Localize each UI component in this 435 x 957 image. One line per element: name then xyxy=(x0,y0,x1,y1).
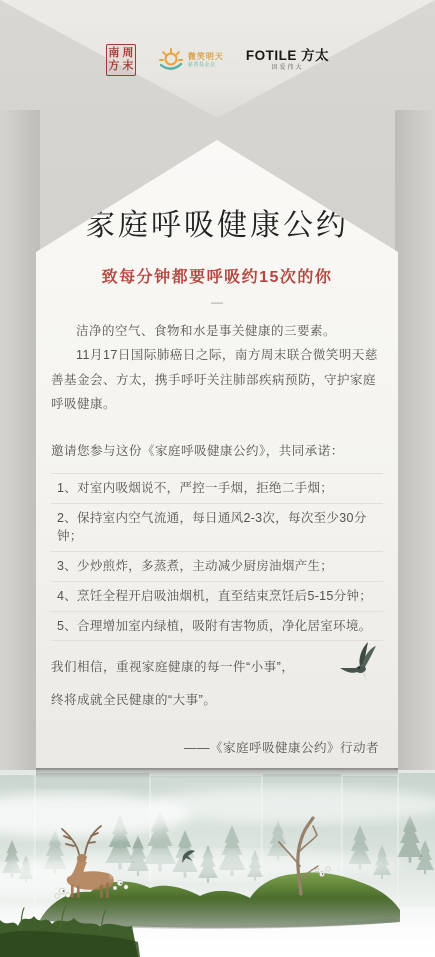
letter-bottom-shadow xyxy=(36,768,398,778)
fotile-tagline: 因爱伟大 xyxy=(271,65,303,71)
pledge-item: 2、保持室内空气流通，每日通风2-3次，每次至少30分钟； xyxy=(51,504,383,553)
seal-char: 末 xyxy=(122,60,133,73)
pledge-item: 3、少炒煎炸，多蒸煮，主动减少厨房油烟产生； xyxy=(51,552,383,582)
intro-section: 洁净的空气、食物和水是事关健康的三要素。 11月17日国际肺癌日之际，南方周末联… xyxy=(51,319,383,417)
hummingbird-icon xyxy=(338,638,380,684)
signature-line: ——《家庭呼吸健康公约》行动者 xyxy=(51,738,383,756)
intro-paragraph-1: 洁净的空气、食物和水是事关健康的三要素。 xyxy=(51,319,383,343)
smile-foundation-name: 微笑明天 xyxy=(188,53,224,61)
poster-root: 周 南 末 方 微笑明天 慈善基金会 FOTILE 方太 因爱伟大 xyxy=(0,0,435,957)
letter-paper: 家庭呼吸健康公约 致每分钟都要呼吸约15次的你 — 洁净的空气、食物和水是事关健… xyxy=(36,140,398,768)
closing-line-1: 我们相信，重视家庭健康的每一件“小事”， xyxy=(51,655,383,679)
divider-dash: — xyxy=(51,295,383,309)
letter-subtitle: 致每分钟都要呼吸约15次的你 xyxy=(51,264,383,287)
forest-scene xyxy=(0,770,435,957)
intro-paragraph-2: 11月17日国际肺癌日之际，南方周末联合微笑明天慈善基金会、方太，携手呼吁关注肺… xyxy=(51,343,383,416)
pledge-item: 4、烹饪全程开启吸油烟机，直至结束烹饪后5-15分钟； xyxy=(51,582,383,612)
closing-line-2: 终将成就全民健康的“大事”。 xyxy=(51,688,383,712)
southern-weekly-seal-icon: 周 南 末 方 xyxy=(106,44,136,76)
envelope-left-fold xyxy=(0,110,40,775)
invite-line: 邀请您参与这份《家庭呼吸健康公约》，共同承诺： xyxy=(51,439,383,463)
fotile-brand: FOTILE 方太 xyxy=(246,49,329,63)
seal-char: 方 xyxy=(108,60,119,73)
smile-foundation-sub: 慈善基金会 xyxy=(188,63,224,68)
sun-icon xyxy=(158,47,184,73)
pledge-list: 1、对室内吸烟说不，严控一手烟，拒绝二手烟； 2、保持室内空气流通，每日通风2-… xyxy=(51,473,383,642)
pledge-item: 1、对室内吸烟说不，严控一手烟，拒绝二手烟； xyxy=(51,474,383,504)
seal-char: 周 xyxy=(122,47,133,60)
fotile-logo: FOTILE 方太 因爱伟大 xyxy=(246,49,329,72)
smile-foundation-logo: 微笑明天 慈善基金会 xyxy=(158,47,224,73)
pledge-item: 5、合理增加室内绿植，吸附有害物质，净化居室环境。 xyxy=(51,612,383,642)
seal-char: 南 xyxy=(108,47,119,60)
logo-row: 周 南 末 方 微笑明天 慈善基金会 FOTILE 方太 因爱伟大 xyxy=(0,40,435,80)
envelope-right-fold xyxy=(395,110,435,775)
closing-section: 我们相信，重视家庭健康的每一件“小事”， 终将成就全民健康的“大事”。 xyxy=(51,655,383,712)
